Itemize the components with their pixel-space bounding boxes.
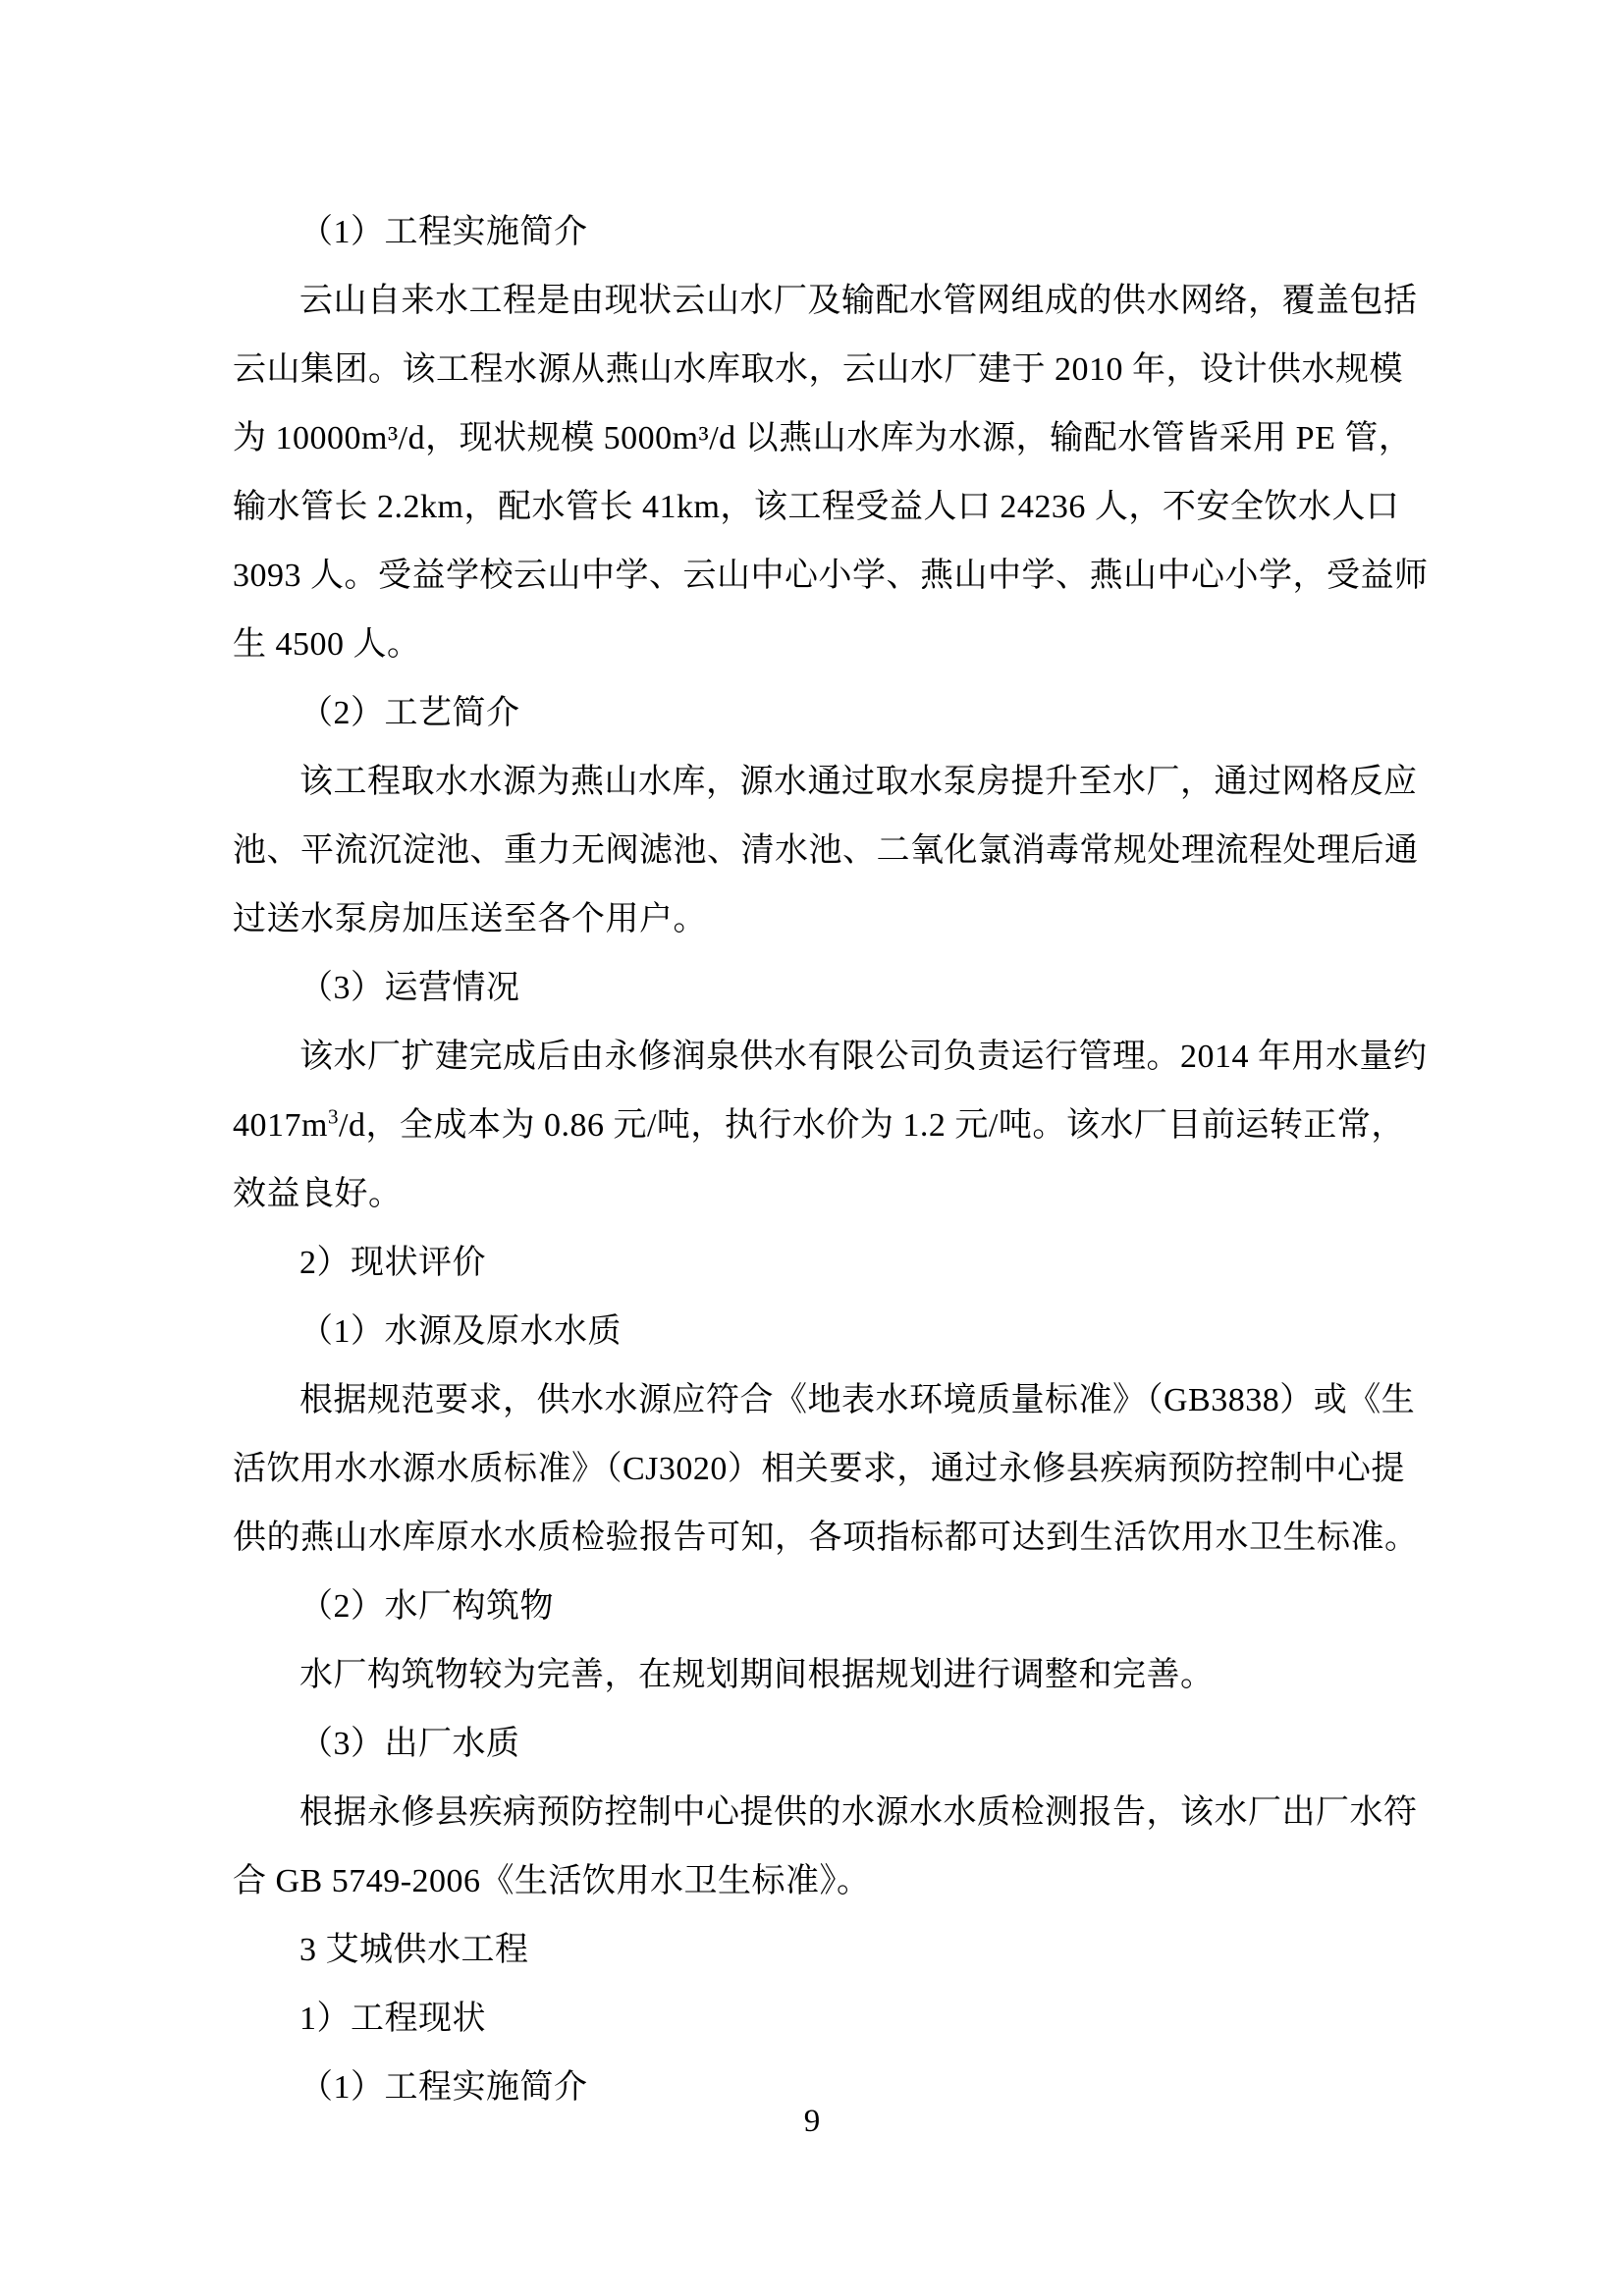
- page-number: 9: [0, 2099, 1624, 2144]
- section-heading: （2）水厂构筑物: [233, 1573, 1391, 1641]
- paragraph-line: 合 GB 5749-2006《生活饮用水卫生标准》。: [233, 1847, 1391, 1916]
- section-heading: （2）工艺简介: [233, 679, 1391, 748]
- section-heading: （1）水源及原水水质: [233, 1298, 1391, 1366]
- superscript-exponent: 3: [328, 1105, 339, 1129]
- paragraph-line: 该水厂扩建完成后由永修润泉供水有限公司负责运行管理。2014 年用水量约: [233, 1023, 1391, 1092]
- section-heading: （1）工程实施简介: [233, 198, 1391, 267]
- section-heading: 2）现状评价: [233, 1229, 1391, 1298]
- paragraph-line: 池、平流沉淀池、重力无阀滤池、清水池、二氧化氯消毒常规处理流程处理后通: [233, 817, 1391, 885]
- section-heading: （3）出厂水质: [233, 1710, 1391, 1779]
- section-heading: 1）工程现状: [233, 1985, 1391, 2054]
- document-text: （1）工程实施简介 云山自来水工程是由现状云山水厂及输配水管网组成的供水网络，覆…: [233, 198, 1391, 2122]
- paragraph-line: 根据规范要求，供水水源应符合《地表水环境质量标准》（GB3838）或《生: [233, 1366, 1391, 1435]
- section-heading: 3 艾城供水工程: [233, 1916, 1391, 1985]
- paragraph-line: 3093 人。受益学校云山中学、云山中心小学、燕山中学、燕山中心小学，受益师: [233, 542, 1391, 611]
- paragraph-line: 输水管长 2.2km，配水管长 41km，该工程受益人口 24236 人，不安全…: [233, 473, 1391, 542]
- paragraph-text: /d，全成本为 0.86 元/吨，执行水价为 1.2 元/吨。该水厂目前运转正常…: [339, 1107, 1405, 1144]
- paragraph-line: 生 4500 人。: [233, 611, 1391, 679]
- paragraph-line: 为 10000m³/d，现状规模 5000m³/d 以燕山水库为水源，输配水管皆…: [233, 404, 1391, 473]
- paragraph-line: 根据永修县疾病预防控制中心提供的水源水水质检测报告，该水厂出厂水符: [233, 1779, 1391, 1847]
- paragraph-line: 该工程取水水源为燕山水库，源水通过取水泵房提升至水厂，通过网格反应: [233, 748, 1391, 817]
- paragraph-line: 云山自来水工程是由现状云山水厂及输配水管网组成的供水网络，覆盖包括: [233, 267, 1391, 336]
- paragraph-line: 过送水泵房加压送至各个用户。: [233, 885, 1391, 954]
- paragraph-line: 效益良好。: [233, 1160, 1391, 1229]
- paragraph-line: 云山集团。该工程水源从燕山水库取水，云山水厂建于 2010 年，设计供水规模: [233, 336, 1391, 404]
- paragraph-line: 4017m3/d，全成本为 0.86 元/吨，执行水价为 1.2 元/吨。该水厂…: [233, 1092, 1391, 1160]
- paragraph-text: 4017m: [233, 1107, 328, 1144]
- paragraph-line: 活饮用水水源水质标准》（CJ3020）相关要求，通过永修县疾病预防控制中心提: [233, 1435, 1391, 1504]
- section-heading: （3）运营情况: [233, 954, 1391, 1023]
- paragraph-line: 供的燕山水库原水水质检验报告可知，各项指标都可达到生活饮用水卫生标准。: [233, 1504, 1391, 1573]
- document-page: （1）工程实施简介 云山自来水工程是由现状云山水厂及输配水管网组成的供水网络，覆…: [0, 0, 1624, 2296]
- paragraph-line: 水厂构筑物较为完善，在规划期间根据规划进行调整和完善。: [233, 1641, 1391, 1710]
